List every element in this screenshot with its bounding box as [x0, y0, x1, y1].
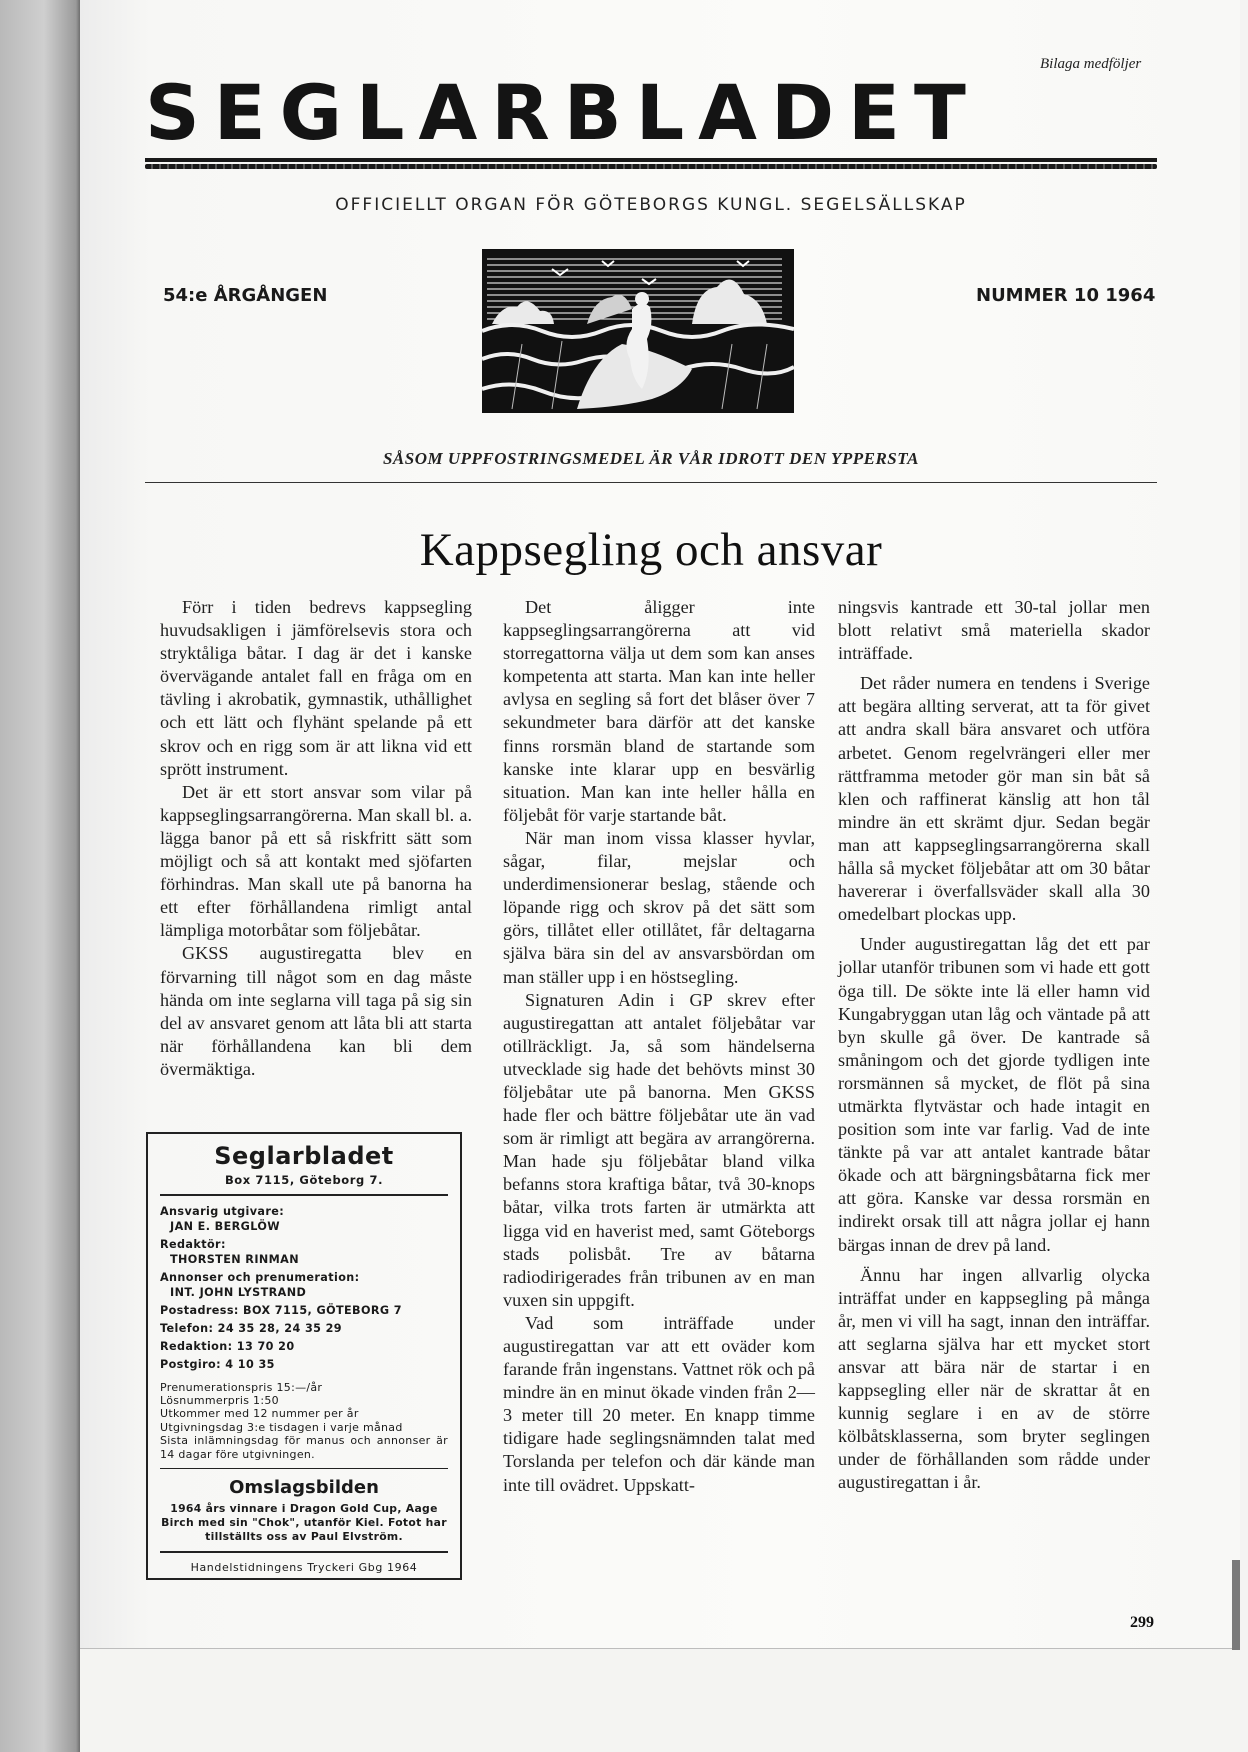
- ads-label: Annonser och prenumeration:: [160, 1270, 448, 1285]
- cover-heading: Omslagsbilden: [160, 1477, 448, 1498]
- editor-name: THORSTEN RINMAN: [160, 1252, 448, 1267]
- paragraph: Förr i tiden bedrevs kappsegling huvudsa…: [160, 596, 472, 781]
- volume-label: 54:e ÅRGÅNGEN: [163, 285, 327, 306]
- colophon-rule: [160, 1551, 448, 1553]
- paragraph: ningsvis kantrade ett 30-tal jollar men …: [838, 596, 1150, 665]
- masthead: SEGLARBLADET: [145, 68, 1155, 158]
- printer: Handelstidningens Tryckeri Gbg 1964: [160, 1561, 448, 1574]
- publisher-name: JAN E. BERGLÖW: [160, 1219, 448, 1234]
- deadline: Sista inlämningsdag för manus och annons…: [160, 1434, 448, 1461]
- paragraph: GKSS augustiregatta blev en förvarning t…: [160, 942, 472, 1081]
- postgiro: Postgiro: 4 10 35: [160, 1357, 448, 1372]
- subtitle: OFFICIELLT ORGAN FÖR GÖTEBORGS KUNGL. SE…: [145, 195, 1157, 215]
- motto: SÅSOM UPPFOSTRINGSMEDEL ÄR VÅR IDROTT DE…: [145, 449, 1157, 469]
- colophon-address: Box 7115, Göteborg 7.: [160, 1173, 448, 1187]
- editorial-phone: Redaktion: 13 70 20: [160, 1339, 448, 1354]
- phone: Telefon: 24 35 28, 24 35 29: [160, 1321, 448, 1336]
- page-number: 299: [1130, 1614, 1154, 1632]
- frequency: Utkommer med 12 nummer per år: [160, 1407, 448, 1420]
- colophon-box: Seglarbladet Box 7115, Göteborg 7. Ansva…: [146, 1132, 462, 1580]
- publisher-label: Ansvarig utgivare:: [160, 1204, 448, 1219]
- woodcut-illustration: [482, 249, 794, 413]
- paragraph: Signaturen Adin i GP skrev efter augusti…: [503, 989, 815, 1312]
- single-price: Lösnummerpris 1:50: [160, 1394, 448, 1407]
- ads-contact: INT. JOHN LYSTRAND: [160, 1285, 448, 1300]
- cover-caption: 1964 års vinnare i Dragon Gold Cup, Aage…: [160, 1502, 448, 1544]
- binding-shadow: [0, 0, 80, 1752]
- paragraph: När man inom vissa klasser hyvlar, sågar…: [503, 827, 815, 989]
- publication-day: Utgivningsdag 3:e tisdagen i varje månad: [160, 1421, 448, 1434]
- colophon-rule: [160, 1468, 448, 1470]
- paragraph: Vad som inträffade under augustiregattan…: [503, 1312, 815, 1497]
- issue-label: NUMMER 10 1964: [976, 285, 1155, 306]
- header-divider: [145, 482, 1157, 483]
- editor-label: Redaktör:: [160, 1237, 448, 1252]
- article-column-3: ningsvis kantrade ett 30-tal jollar men …: [838, 596, 1150, 1495]
- colophon-rule: [160, 1194, 448, 1196]
- subscription-price: Prenumerationspris 15:—/år: [160, 1381, 448, 1394]
- paragraph: Det råder numera en tendens i Sverige at…: [838, 672, 1150, 926]
- article-column-2: Det åligger inte kappseglingsarrangörern…: [503, 596, 815, 1497]
- postal-address: Postadress: BOX 7115, GÖTEBORG 7: [160, 1303, 448, 1318]
- paragraph: Det åligger inte kappseglingsarrangörern…: [503, 596, 815, 827]
- woodcut-figure-icon: [482, 249, 794, 413]
- paragraph: Det är ett stort ansvar som vilar på kap…: [160, 781, 472, 943]
- article-column-1: Förr i tiden bedrevs kappsegling huvudsa…: [160, 596, 472, 1081]
- paragraph: Ännu har ingen allvarlig olycka inträffa…: [838, 1264, 1150, 1495]
- page-edge: [1232, 1560, 1240, 1650]
- masthead-wave-rule: [145, 164, 1157, 169]
- paragraph: Under augustiregattan låg det ett par jo…: [838, 933, 1150, 1256]
- colophon-title: Seglarbladet: [160, 1142, 448, 1170]
- masthead-rule: [145, 158, 1157, 162]
- article-title: Kappsegling och ansvar: [145, 523, 1157, 577]
